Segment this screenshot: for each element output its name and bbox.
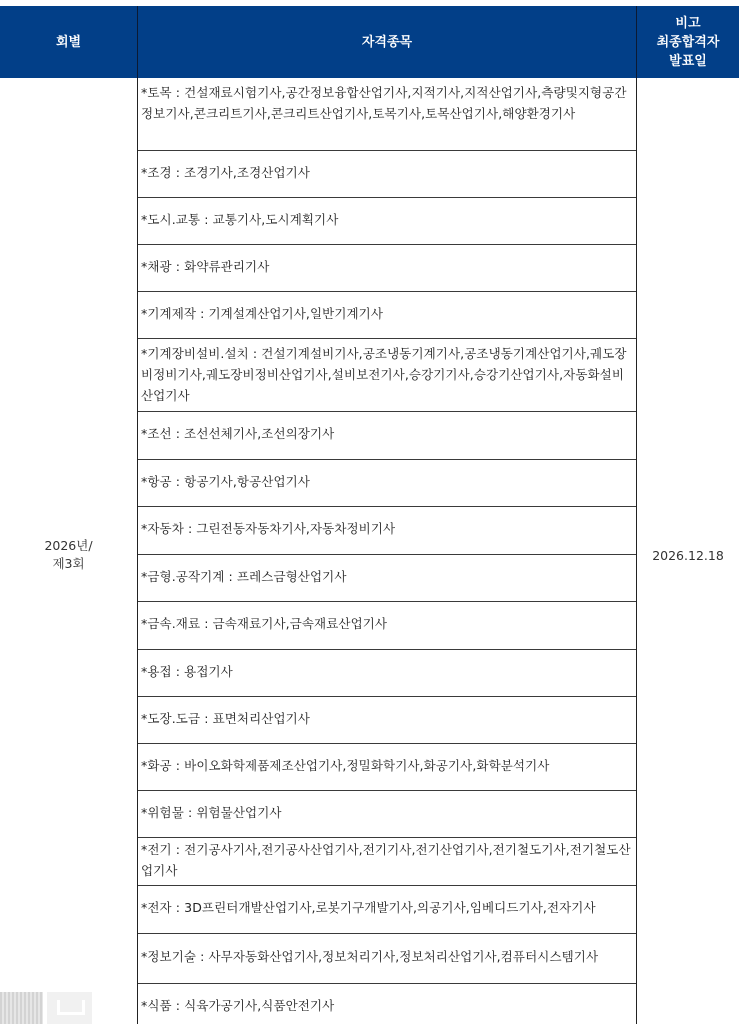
watermark-mark-icon (0, 992, 43, 1024)
table-row: *도시.교통 : 교통기사,도시계획기사 (138, 198, 636, 245)
watermark-logo (0, 992, 92, 1024)
certification-text: *조경 : 조경기사,조경산업기사 (141, 162, 310, 183)
certification-text: *기계제작 : 기계설계산업기사,일반기계기사 (141, 303, 383, 324)
table-row: *정보기술 : 사무자동화산업기사,정보처리기사,정보처리산업기사,컴퓨터시스템… (138, 934, 636, 984)
table-row: *금형.공작기계 : 프레스금형산업기사 (138, 555, 636, 602)
table-row: *토목 : 건설재료시험기사,공간정보융합산업기사,지적기사,지적산업기사,측량… (138, 78, 636, 151)
table-row: *용접 : 용접기사 (138, 650, 636, 697)
certification-text: *도시.교통 : 교통기사,도시계획기사 (141, 209, 338, 230)
exam-schedule-table: 회별 자격종목 비고 최종합격자 발표일 2026년/ 제3회 *토목 : 건설… (0, 6, 739, 1024)
announcement-date-cell: 2026.12.18 (637, 78, 739, 1024)
table-row: *전자 : 3D프린터개발산업기사,로봇기구개발기사,의공기사,임베디드기사,전… (138, 886, 636, 934)
table-row: *채광 : 화약류관리기사 (138, 245, 636, 292)
certification-text: *자동차 : 그린전동자동차기사,자동차정비기사 (141, 518, 395, 539)
header-certification: 자격종목 (138, 6, 637, 78)
header-announcement-date: 비고 최종합격자 발표일 (637, 6, 739, 78)
table-row: *도장.도금 : 표면처리산업기사 (138, 697, 636, 744)
round-cell: 2026년/ 제3회 (0, 78, 137, 1024)
certification-text: *채광 : 화약류관리기사 (141, 256, 269, 277)
table-row: *기계장비설비.설치 : 건설기계설비기사,공조냉동기계기사,공조냉동기계산업기… (138, 339, 636, 412)
table-row: *전기 : 전기공사기사,전기공사산업기사,전기기사,전기산업기사,전기철도기사… (138, 838, 636, 886)
watermark-text-icon (47, 992, 92, 1024)
table-row: *식품 : 식육가공기사,식품안전기사 (138, 984, 636, 1024)
certification-text: *금형.공작기계 : 프레스금형산업기사 (141, 566, 347, 587)
table-header: 회별 자격종목 비고 최종합격자 발표일 (0, 6, 739, 78)
certification-text: *도장.도금 : 표면처리산업기사 (141, 708, 310, 729)
certification-text: *항공 : 항공기사,항공산업기사 (141, 471, 310, 492)
table-row: *위험물 : 위험물산업기사 (138, 791, 636, 838)
certification-list: *토목 : 건설재료시험기사,공간정보융합산업기사,지적기사,지적산업기사,측량… (137, 78, 637, 1024)
certification-text: *식품 : 식육가공기사,식품안전기사 (141, 995, 334, 1016)
certification-text: *토목 : 건설재료시험기사,공간정보융합산업기사,지적기사,지적산업기사,측량… (141, 82, 633, 124)
certification-text: *전자 : 3D프린터개발산업기사,로봇기구개발기사,의공기사,임베디드기사,전… (141, 897, 596, 918)
table-body: 2026년/ 제3회 *토목 : 건설재료시험기사,공간정보융합산업기사,지적기… (0, 78, 739, 1024)
certification-text: *조선 : 조선선체기사,조선의장기사 (141, 423, 334, 444)
certification-text: *정보기술 : 사무자동화산업기사,정보처리기사,정보처리산업기사,컴퓨터시스템… (141, 946, 598, 967)
header-round: 회별 (0, 6, 138, 78)
table-row: *자동차 : 그린전동자동차기사,자동차정비기사 (138, 507, 636, 555)
table-row: *기계제작 : 기계설계산업기사,일반기계기사 (138, 292, 636, 339)
certification-text: *위험물 : 위험물산업기사 (141, 802, 282, 823)
certification-text: *기계장비설비.설치 : 건설기계설비기사,공조냉동기계기사,공조냉동기계산업기… (141, 343, 633, 406)
table-row: *화공 : 바이오화학제품제조산업기사,정밀화학기사,화공기사,화학분석기사 (138, 744, 636, 791)
certification-text: *전기 : 전기공사기사,전기공사산업기사,전기기사,전기산업기사,전기철도기사… (141, 839, 633, 881)
table-row: *조경 : 조경기사,조경산업기사 (138, 151, 636, 198)
table-row: *항공 : 항공기사,항공산업기사 (138, 460, 636, 507)
certification-text: *화공 : 바이오화학제품제조산업기사,정밀화학기사,화공기사,화학분석기사 (141, 755, 549, 776)
table-row: *조선 : 조선선체기사,조선의장기사 (138, 412, 636, 460)
table-row: *금속.재료 : 금속재료기사,금속재료산업기사 (138, 602, 636, 650)
certification-text: *금속.재료 : 금속재료기사,금속재료산업기사 (141, 613, 387, 634)
certification-text: *용접 : 용접기사 (141, 661, 233, 682)
